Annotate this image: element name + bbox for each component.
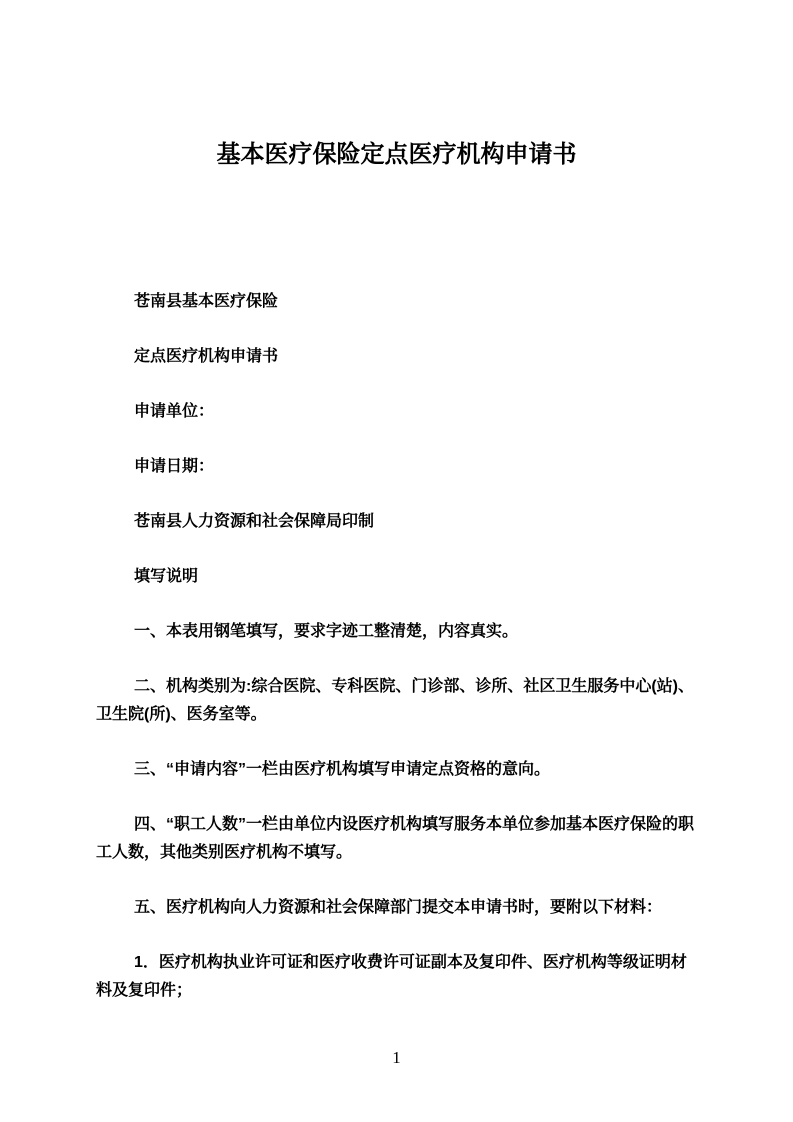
- attachment-item-1: 1．医疗机构执业许可证和医疗收费许可证副本及复印件、医疗机构等级证明材料及复印件…: [96, 949, 697, 1005]
- instruction-item-4: 四、“职工人数”一栏由单位内设医疗机构填写服务本单位参加基本医疗保险的职工人数，…: [96, 811, 697, 867]
- cover-line-insurance-org: 苍南县基本医疗保险: [96, 288, 697, 316]
- instruction-item-2: 二、机构类别为:综合医院、专科医院、门诊部、诊所、社区卫生服务中心(站)、卫生院…: [96, 673, 697, 729]
- printed-by-line: 苍南县人力资源和社会保障局印制: [96, 508, 697, 536]
- document-title: 基本医疗保险定点医疗机构申请书: [96, 140, 697, 170]
- page-number: 1: [0, 1048, 793, 1068]
- instructions-heading: 填写说明: [96, 563, 697, 591]
- document-content: 基本医疗保险定点医疗机构申请书 苍南县基本医疗保险 定点医疗机构申请书 申请单位…: [0, 140, 793, 1005]
- instruction-item-5: 五、医疗机构向人力资源和社会保障部门提交本申请书时，要附以下材料：: [96, 894, 697, 922]
- instruction-item-1: 一、本表用钢笔填写，要求字迹工整清楚，内容真实。: [96, 618, 697, 646]
- document-page: 基本医疗保险定点医疗机构申请书 苍南县基本医疗保险 定点医疗机构申请书 申请单位…: [0, 0, 793, 1122]
- applicant-unit-label: 申请单位：: [96, 398, 697, 426]
- application-date-label: 申请日期：: [96, 453, 697, 481]
- instruction-item-3: 三、“申请内容”一栏由医疗机构填写申请定点资格的意向。: [96, 756, 697, 784]
- cover-line-doc-type: 定点医疗机构申请书: [96, 343, 697, 371]
